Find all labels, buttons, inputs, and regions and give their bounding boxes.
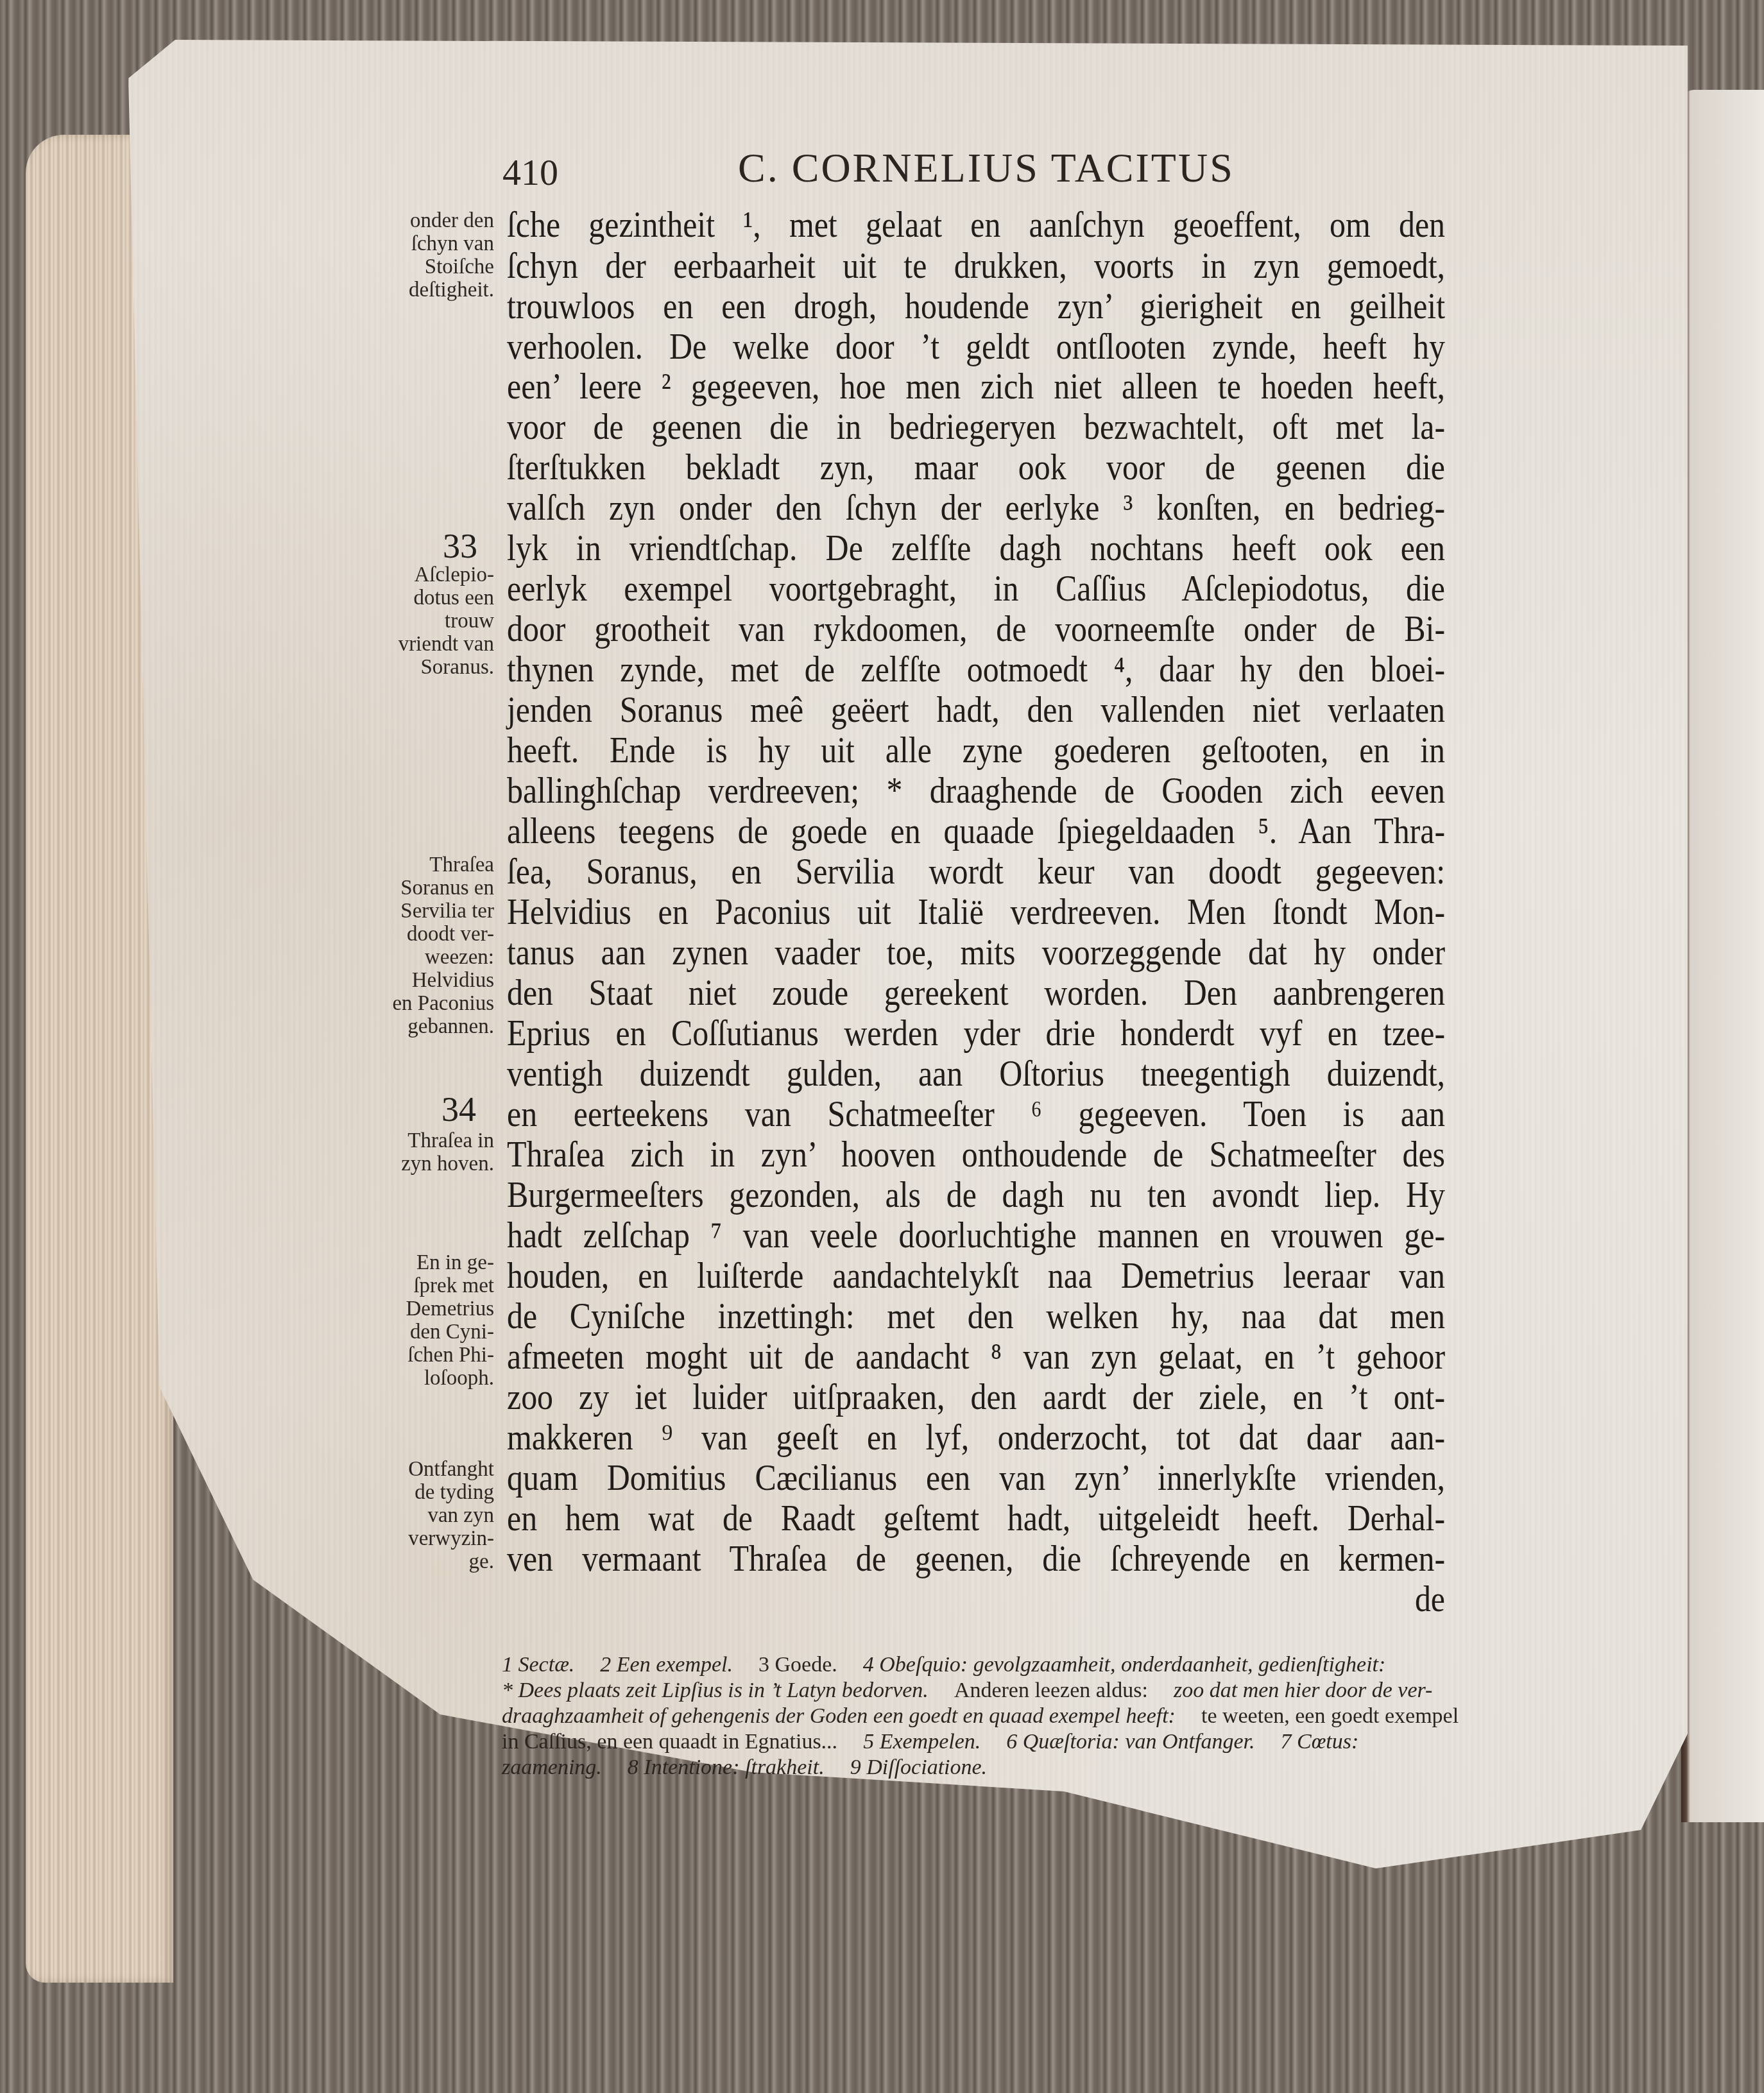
footnote-entry: 8 Intentione: ſtrakheit. <box>628 1756 825 1779</box>
body-text-line: ventigh duizendt gulden, aan Oſtorius tn… <box>507 1053 1445 1094</box>
body-text-line: verhoolen. De welke door ’t geldt ontſlo… <box>507 326 1445 367</box>
body-text-line: ſterſtukken bekladt zyn, maar ook voor d… <box>507 447 1445 488</box>
footnote-entry: in Caſſius, en een quaadt in Egnatius... <box>502 1730 837 1754</box>
margin-note-line: ſchyn van <box>366 232 494 255</box>
margin-note-line: weezen: <box>366 946 494 969</box>
body-text-line: de Cyniſche inzettingh: met den welken h… <box>507 1295 1445 1337</box>
footnote-entry: 6 Quæſtoria: van Ontfanger. <box>1006 1730 1254 1754</box>
footnote-entry: 1 Sectæ. <box>502 1653 574 1677</box>
body-text-line: ven vermaant Thraſea de geenen, die ſchr… <box>507 1538 1445 1579</box>
footnote-entry: 2 Een exempel. <box>600 1653 733 1677</box>
margin-note-line: van zyn <box>366 1504 494 1527</box>
page-number: 410 <box>502 151 558 194</box>
margin-note-line: Thraſea <box>366 853 494 876</box>
facing-page-edge <box>1681 90 1764 1822</box>
margin-note-line: Demetrius <box>366 1297 494 1320</box>
body-text-line: jenden Soranus meê geëert hadt, den vall… <box>507 689 1445 730</box>
footnote-line: in Caſſius, en een quaadt in Egnatius...… <box>502 1729 1612 1755</box>
footnote-entry: zaamening. <box>502 1756 602 1779</box>
running-title: C. CORNELIUS TACITUS <box>738 144 1235 192</box>
body-text-line: valſch zyn onder den ſchyn der eerlyke ³… <box>507 487 1445 528</box>
section-number: 34 <box>441 1089 476 1129</box>
margin-note-line: Helvidius <box>366 969 494 992</box>
body-text-line: en hem wat de Raadt geſtemt hadt, uitgel… <box>507 1498 1445 1539</box>
body-text-line: eerlyk exempel voortgebraght, in Caſſius… <box>507 568 1445 609</box>
body-text-line: afmeeten moght uit de aandacht ⁸ van zyn… <box>507 1336 1445 1377</box>
margin-note-line: ſchen Phi- <box>366 1344 494 1367</box>
margin-note-line: ge. <box>366 1550 494 1573</box>
margin-note-line: En in ge- <box>366 1251 494 1274</box>
margin-note-line: en Paconius <box>366 992 494 1015</box>
body-text-line: trouwloos en een drogh, houdende zyn’ gi… <box>507 286 1445 327</box>
body-text-line: Eprius en Coſſutianus werden yder drie h… <box>507 1012 1445 1054</box>
margin-note-line: den Cyni- <box>366 1320 494 1344</box>
margin-note-line: de tyding <box>366 1481 494 1504</box>
margin-note-line: Stoiſche <box>366 255 494 278</box>
footnote-entry: zoo dat men hier door de ver- <box>1174 1679 1432 1702</box>
body-text-line: lyk in vriendtſchap. De zelfſte dagh noc… <box>507 527 1445 568</box>
body-text-line: Helvidius en Paconius uit Italië verdree… <box>507 891 1445 932</box>
footnote-entry: * Dees plaats zeit Lipſius is in ’t Laty… <box>502 1679 929 1702</box>
footnote-line: * Dees plaats zeit Lipſius is in ’t Laty… <box>502 1678 1612 1704</box>
footnote-line: zaamening.8 Intentione: ſtrakheit.9 Diſſ… <box>502 1755 1612 1781</box>
footnote-entry: 7 Cœtus: <box>1280 1730 1358 1754</box>
body-text-line: en eerteekens van Schatmeeſter ⁶ gegeeve… <box>507 1093 1445 1134</box>
margin-note-line: onder den <box>366 209 494 232</box>
margin-note-line: zyn hoven. <box>366 1152 494 1175</box>
body-text-line: tanus aan zynen vaader toe, mits voorzeg… <box>507 932 1445 973</box>
body-text-line: alleens teegens de goede en quaade ſpieg… <box>507 810 1445 851</box>
footnote-entry: 4 Obeſquio: gevolgzaamheit, onderdaanhei… <box>863 1653 1386 1677</box>
body-text-line: voor de geenen die in bedriegeryen bezwa… <box>507 406 1445 447</box>
margin-note-line: gebannen. <box>366 1015 494 1038</box>
footnote-entry: draaghzaamheit of gehengenis der Goden e… <box>502 1704 1176 1728</box>
body-text-line: makkeren ⁹ van geeſt en lyf, onderzocht,… <box>507 1417 1445 1458</box>
margin-note-line: Ontfanght <box>366 1458 494 1481</box>
body-text-line: ſchyn der eerbaarheit uit te drukken, vo… <box>507 245 1445 286</box>
footnote-line: draaghzaamheit of gehengenis der Goden e… <box>502 1704 1612 1729</box>
margin-note-line: Soranus en <box>366 876 494 900</box>
margin-note-line: deſtigheit. <box>366 278 494 302</box>
body-text-line: Burgermeeſters gezonden, als de dagh nu … <box>507 1174 1445 1215</box>
body-text-line: heeft. Ende is hy uit alle zyne goederen… <box>507 730 1445 771</box>
margin-note-line: Thraſea in <box>366 1129 494 1152</box>
margin-note-line: Soranus. <box>366 656 494 679</box>
footnote-entry: Anderen leezen aldus: <box>954 1679 1148 1702</box>
margin-note-line: vriendt van <box>366 633 494 656</box>
body-text-line: houden, en luiſterde aandachtelykſt naa … <box>507 1255 1445 1296</box>
margin-note-line: verwyzin- <box>366 1527 494 1550</box>
margin-note-line: ſprek met <box>366 1274 494 1297</box>
footnote-entry: 9 Diſſociatione. <box>850 1756 987 1779</box>
body-text-line: thynen zynde, met de zelfſte ootmoedt ⁴,… <box>507 649 1445 690</box>
footnote-entry: 3 Goede. <box>758 1653 837 1677</box>
body-text-line: ballinghſchap verdreeven; * draaghende d… <box>507 770 1445 811</box>
body-text-line: ſea, Soranus, en Servilia wordt keur van… <box>507 851 1445 892</box>
body-text-line: hadt zelſchap ⁷ van veele doorluchtighe … <box>507 1215 1445 1256</box>
body-text-line: door grootheit van rykdoomen, de voornee… <box>507 608 1445 649</box>
body-text-line: ſche gezintheit ¹, met gelaat en aanſchy… <box>507 204 1445 245</box>
body-text-line: quam Domitius Cæcilianus een van zyn’ in… <box>507 1457 1445 1498</box>
margin-note-line: loſooph. <box>366 1367 494 1390</box>
section-number: 33 <box>443 526 477 566</box>
body-text-line: zoo zy iet luider uitſpraaken, den aardt… <box>507 1376 1445 1417</box>
body-text-line: de <box>507 1578 1445 1619</box>
body-text-line: een’ leere ² gegeeven, hoe men zich niet… <box>507 366 1445 407</box>
footnote-line: 1 Sectæ.2 Een exempel.3 Goede.4 Obeſquio… <box>502 1652 1612 1678</box>
margin-note-line: doodt ver- <box>366 923 494 946</box>
body-text-line: Thraſea zich in zyn’ hooven onthoudende … <box>507 1134 1445 1175</box>
footnote-entry: 5 Exempelen. <box>863 1730 980 1754</box>
margin-note-line: dotus een <box>366 586 494 610</box>
margin-note-line: trouw <box>366 610 494 633</box>
page-header: 410 C. CORNELIUS TACITUS <box>0 144 1764 202</box>
footnote-entry: te weeten, een goedt exempel <box>1201 1704 1459 1728</box>
margin-note-line: Aſclepio- <box>366 563 494 586</box>
margin-note-line: Servilia ter <box>366 900 494 923</box>
body-text-line: den Staat niet zoude gereekent worden. D… <box>507 972 1445 1013</box>
